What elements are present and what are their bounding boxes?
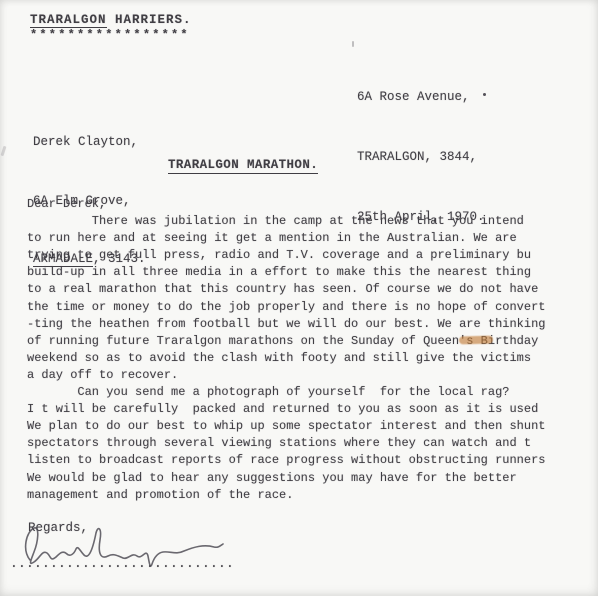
org-name-line: TRARALGON HARRIERS. — [30, 13, 192, 27]
body-line: weekend so as to avoid the clash with fo… — [27, 350, 545, 367]
letterhead-asterisk-rule: ***************** — [30, 28, 192, 42]
body-line: spectators through several viewing stati… — [27, 435, 545, 452]
body-line: to a real marathon that this country has… — [27, 281, 545, 298]
scanned-letter-page: TRARALGON HARRIERS. ***************** 6A… — [0, 0, 598, 596]
body-line: trying to get full press, radio and T.V.… — [27, 247, 545, 264]
scan-speck — [483, 93, 486, 96]
sender-address-line: 6A Rose Avenue, — [357, 87, 485, 107]
body-line: -ting the heathen from football but we w… — [27, 316, 545, 333]
handwritten-signature — [18, 520, 233, 572]
body-line: the time or money to do the job properly… — [27, 299, 545, 316]
letter-body: Dear Derek, There was jubilation in the … — [27, 196, 545, 504]
body-line: We plan to do our best to whip up some s… — [27, 418, 545, 435]
scan-speck — [1, 146, 7, 156]
org-name-underlined: TRARALGON — [30, 13, 107, 28]
body-line: management and promotion of the race. — [27, 487, 545, 504]
body-line: I t will be carefully packed and returne… — [27, 401, 545, 418]
letterhead: TRARALGON HARRIERS. ***************** — [30, 13, 192, 42]
body-line: Can you send me a photograph of yourself… — [27, 384, 545, 401]
body-line: We would be glad to hear any suggestions… — [27, 470, 545, 487]
body-line: There was jubilation in the camp at the … — [27, 213, 545, 230]
body-line: a day off to recover. — [27, 367, 545, 384]
salutation: Dear Derek, — [27, 196, 545, 213]
subject-text: TRARALGON MARATHON. — [168, 158, 318, 174]
subject-line: TRARALGON MARATHON. — [168, 158, 318, 172]
sender-address-line: TRARALGON, 3844, — [357, 147, 485, 167]
body-line: to run here and at seeing it get a menti… — [27, 230, 545, 247]
org-name-rest: HARRIERS. — [107, 13, 192, 27]
correction-mark — [459, 336, 493, 345]
body-line: build-up in all three media in a effort … — [27, 264, 545, 281]
scan-speck — [352, 41, 354, 47]
recipient-name: Derek Clayton, — [33, 133, 146, 153]
body-line: listen to broadcast reports of race prog… — [27, 452, 545, 469]
